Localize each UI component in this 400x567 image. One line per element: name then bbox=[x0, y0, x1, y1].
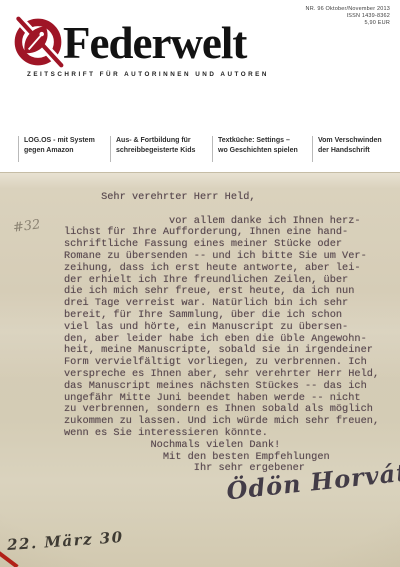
teaser-line: Vom Verschwinden bbox=[318, 136, 400, 146]
teaser-textkueche: Textküche: Settings – wo Geschichten spi… bbox=[212, 136, 314, 162]
teaser-bar: LOG.OS - mit System gegen Amazon Aus- & … bbox=[0, 134, 400, 168]
issue-price: 5,90 EUR bbox=[306, 20, 390, 27]
teaser-line: wo Geschichten spielen bbox=[218, 146, 314, 156]
teaser-line: gegen Amazon bbox=[24, 146, 112, 156]
federwelt-quill-logo-icon bbox=[10, 14, 66, 70]
typewritten-letter-text: Sehr verehrter Herr Held, vor allem dank… bbox=[64, 192, 379, 475]
teaser-line: schreibbegeisterte Kids bbox=[116, 146, 212, 156]
issue-issn: ISSN 1439-8362 bbox=[306, 13, 390, 20]
teaser-line: LOG.OS - mit System bbox=[24, 136, 112, 146]
teaser-handschrift: Vom Verschwinden der Handschrift bbox=[312, 136, 400, 162]
teaser-fortbildung: Aus- & Fortbildung für schreibbegeistert… bbox=[110, 136, 212, 162]
teaser-line: Textküche: Settings – bbox=[218, 136, 314, 146]
magazine-title: Federwelt bbox=[63, 20, 246, 66]
teaser-line: Aus- & Fortbildung für bbox=[116, 136, 212, 146]
issue-number: NR. 96 Oktober/November 2013 bbox=[306, 6, 390, 13]
teaser-logos: LOG.OS - mit System gegen Amazon bbox=[18, 136, 112, 162]
magazine-subtitle: ZEITSCHRIFT FÜR AUTORINNEN UND AUTOREN bbox=[27, 71, 269, 78]
teaser-line: der Handschrift bbox=[318, 146, 400, 156]
issue-info: NR. 96 Oktober/November 2013 ISSN 1439-8… bbox=[306, 6, 390, 27]
magazine-cover: NR. 96 Oktober/November 2013 ISSN 1439-8… bbox=[0, 0, 400, 567]
